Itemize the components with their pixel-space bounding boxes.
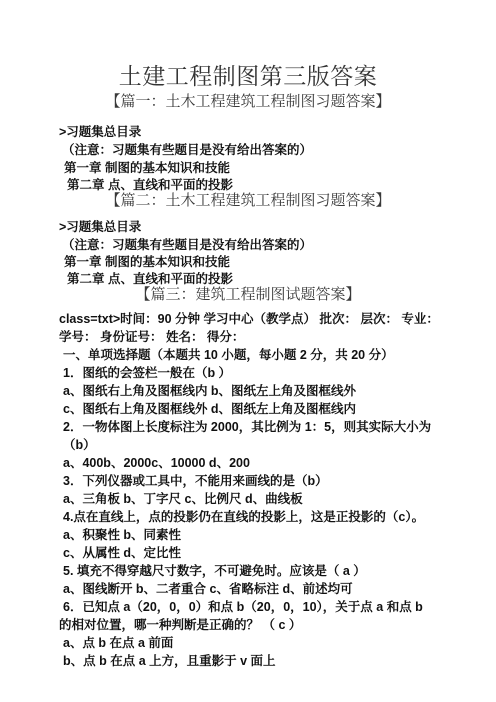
question-line: （b） [63,435,96,453]
document-title: 土建工程制图第三版答案 [0,58,496,91]
question-line: 1．图纸的会签栏一般在（b ） [63,363,231,381]
section-1-line: （注意：习题集有些题目是没有给出答案的） [62,140,312,158]
option-line: a、点 b 在点 a 前面 [63,633,173,651]
section-2-heading: 【篇二：土木工程建筑工程制图习题答案】 [0,189,496,210]
section-2-line: >习题集总目录 [59,217,141,235]
section-2-line: （注意：习题集有些题目是没有给出答案的） [62,235,312,253]
option-line: a、积聚性 b、同素性 [63,525,181,543]
document-page: 土建工程制图第三版答案 【篇一：土木工程建筑工程制图习题答案】 >习题集总目录 … [0,0,496,702]
option-line: a、400b、2000c、10000 d、200 [63,453,250,471]
exam-header-line: class=txt>时间：90 分钟 学习中心（教学点） 批次： 层次： 专业： [59,309,439,327]
option-line: a、图线断开 b、二者重合 c、省略标注 d、前述均可 [63,579,353,597]
section-1-line: >习题集总目录 [59,122,141,140]
section-1-heading: 【篇一：土木工程建筑工程制图习题答案】 [0,90,496,111]
option-line: a、三角板 b、丁字尺 c、比例尺 d、曲线板 [63,489,303,507]
option-line: c、图纸右上角及图框线外 d、图纸左上角及图框线内 [63,399,356,417]
section-2-line: 第一章 制图的基本知识和技能 [64,252,230,270]
option-line: a、图纸右上角及图框线内 b、图纸左上角及图框线外 [63,381,356,399]
question-line: 5. 填充不得穿越尺寸数字，不可避免时。应该是（ a ） [63,561,366,579]
question-line: 4.点在直线上，点的投影仍在直线的投影上，这是正投影的（c）。 [63,507,424,525]
section-1-line: 第一章 制图的基本知识和技能 [64,158,230,176]
exam-header-line: 学号： 身份证号： 姓名： 得分： [59,327,244,345]
section-3-heading: 【篇三：建筑工程制图试题答案】 [0,283,496,304]
question-section-heading: 一、单项选择题（本题共 10 小题，每小题 2 分，共 20 分） [63,345,394,363]
option-line: b、点 b 在点 a 上方，且重影于 v 面上 [63,651,276,669]
question-line: 3．下列仪器或工具中，不能用来画线的是（b） [63,471,328,489]
question-line: 6．已知点 a（20，0，0）和点 b（20，0，10），关于点 a 和点 b [63,597,423,615]
option-line: c、从属性 d、定比性 [63,543,181,561]
question-line: 2．一物体图上长度标注为 2000，其比例为 1：5，则其实际大小为 [63,417,431,435]
question-line: 的相对位置，哪一种判断是正确的？ （ c ） [59,615,301,633]
